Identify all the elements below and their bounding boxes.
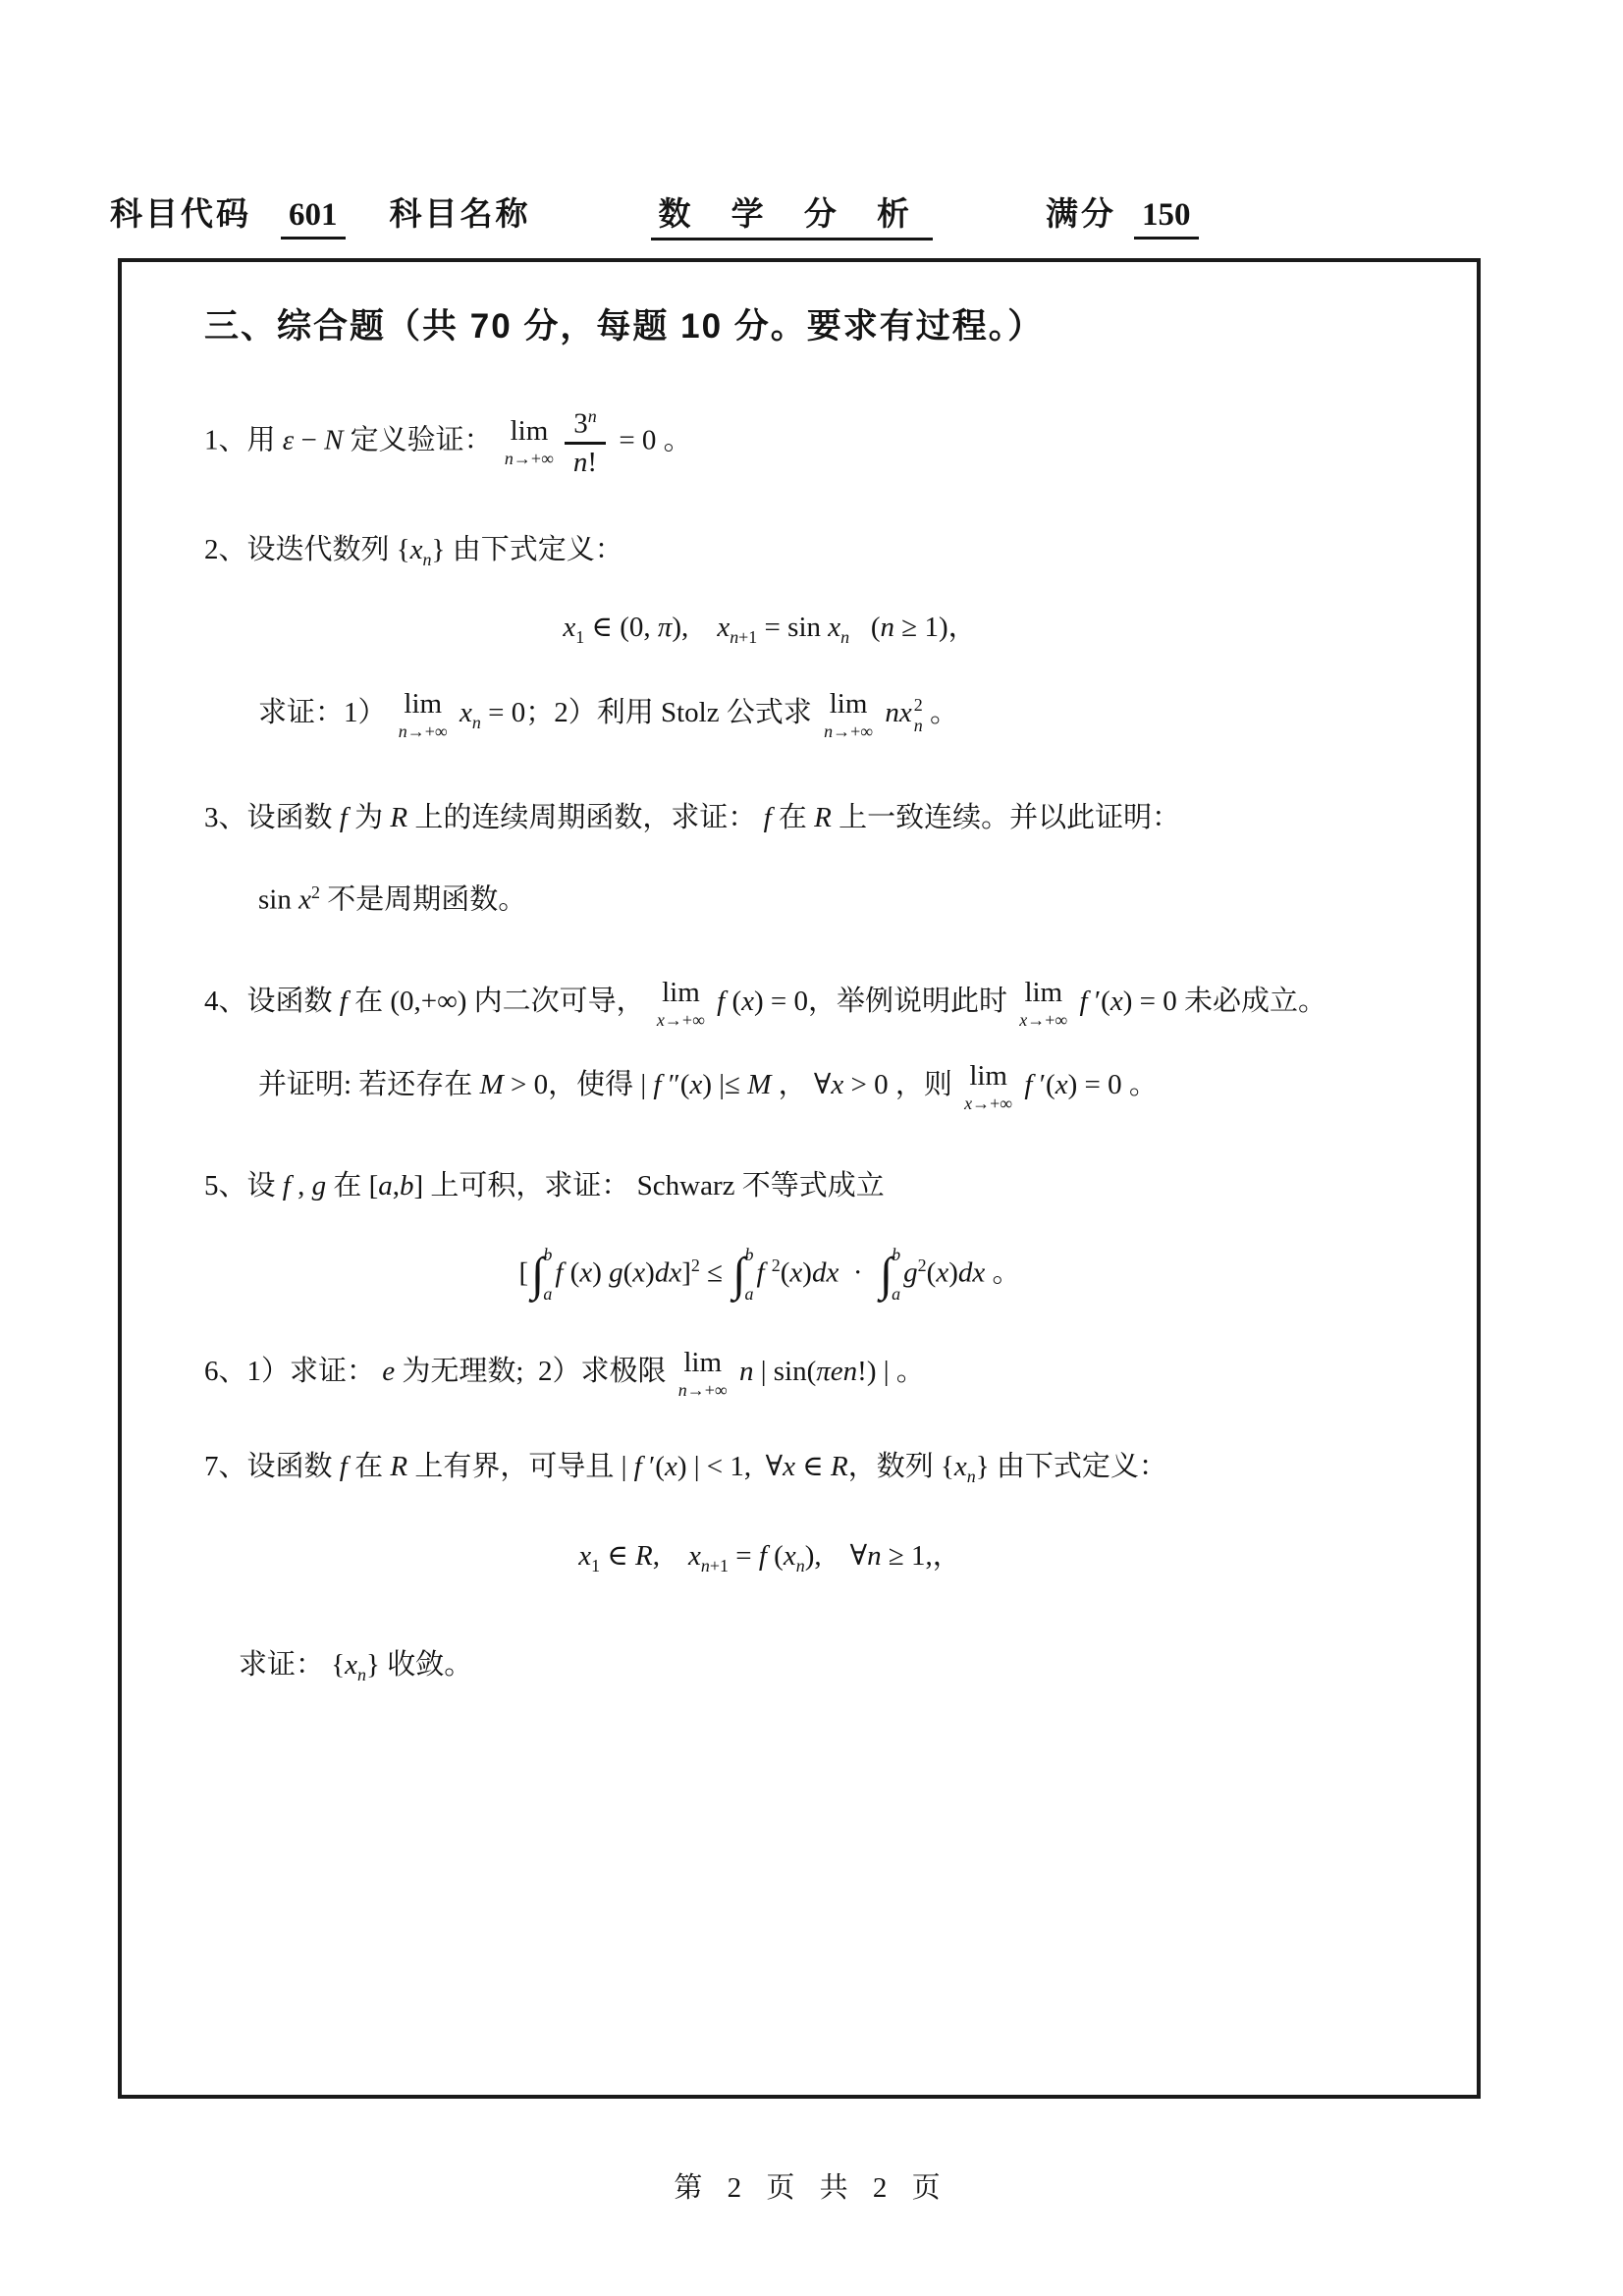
- problem-2-statement: 2、设迭代数列 {xn} 由下式定义：: [204, 531, 1443, 571]
- problem-5-statement: 5、设 f , g 在 [a,b] 上可积，求证： Schwarz 不等式成立: [204, 1167, 1443, 1205]
- problem-1: 1、用 ε − N 定义验证： limn→+∞3nn! = 0 。: [204, 407, 1443, 478]
- problem-3-statement: 3、设函数 f 为 R 上的连续周期函数，求证： f 在 R 上一致连续。并以此…: [204, 799, 1443, 837]
- problem-5-formula: [∫baf (x) g(x)dx]2 ≤ ∫baf 2(x)dx · ∫bag2…: [204, 1249, 1443, 1302]
- problem-7-formula: x1 ∈ R, xn+1 = f (xn), ∀n ≥ 1,，: [204, 1537, 1443, 1577]
- problem-4: 4、设函数 f 在 (0,+∞) 内二次可导， limx→+∞ f (x) = …: [204, 979, 1443, 1112]
- questions-box: 三、综合题（共 70 分，每题 10 分。要求有过程。） 1、用 ε − N 定…: [118, 258, 1481, 2099]
- problem-6-statement: 6、1）求证： e 为无理数; 2）求极限 limn→+∞ n | sin(πe…: [204, 1349, 1443, 1399]
- problem-5: 5、设 f , g 在 [a,b] 上可积，求证： Schwarz 不等式成立 …: [204, 1167, 1443, 1302]
- exam-page: 科目代码 601 科目名称 数 学 分 析 满分 150 三、综合题（共 70 …: [0, 0, 1623, 2296]
- subject-name-value: 数 学 分 析: [651, 188, 934, 240]
- full-score-label: 满分: [1046, 188, 1116, 235]
- header: 科目代码 601 科目名称 数 学 分 析 满分 150: [110, 188, 1199, 240]
- problem-3: 3、设函数 f 为 R 上的连续周期函数，求证： f 在 R 上一致连续。并以此…: [204, 799, 1443, 920]
- problem-3-continuation: sin x2 不是周期函数。: [204, 881, 1443, 920]
- problem-7-statement: 7、设函数 f 在 R 上有界，可导且 | f ′(x) | < 1, ∀x ∈…: [204, 1448, 1443, 1488]
- problem-7: 7、设函数 f 在 R 上有界，可导且 | f ′(x) | < 1, ∀x ∈…: [204, 1448, 1443, 1686]
- page-footer: 第 2 页 共 2 页: [0, 2165, 1623, 2206]
- section-title: 三、综合题（共 70 分，每题 10 分。要求有过程。）: [204, 299, 1443, 348]
- problem-6: 6、1）求证： e 为无理数; 2）求极限 limn→+∞ n | sin(πe…: [204, 1349, 1443, 1399]
- problem-4-statement: 4、设函数 f 在 (0,+∞) 内二次可导， limx→+∞ f (x) = …: [204, 979, 1443, 1029]
- problem-1-statement: 1、用 ε − N 定义验证： limn→+∞3nn! = 0 。: [204, 407, 1443, 478]
- subject-code-label: 科目代码: [110, 188, 251, 235]
- subject-code-value: 601: [281, 197, 346, 240]
- problem-4-prove: 并证明: 若还存在 M > 0，使得 | f ″(x) |≤ M ， ∀x > …: [204, 1062, 1443, 1112]
- problem-2-formula: x1 ∈ (0, π), xn+1 = sin xn (n ≥ 1)，: [204, 609, 1443, 649]
- full-score-value: 150: [1134, 197, 1199, 240]
- problem-2-prove: 求证：1） limn→+∞ xn = 0；2）利用 Stolz 公式求 limn…: [204, 690, 1443, 740]
- subject-name-label: 科目名称: [390, 188, 531, 235]
- problem-2: 2、设迭代数列 {xn} 由下式定义： x1 ∈ (0, π), xn+1 = …: [204, 531, 1443, 740]
- problem-7-prove: 求证： {xn} 收敛。: [204, 1646, 1443, 1686]
